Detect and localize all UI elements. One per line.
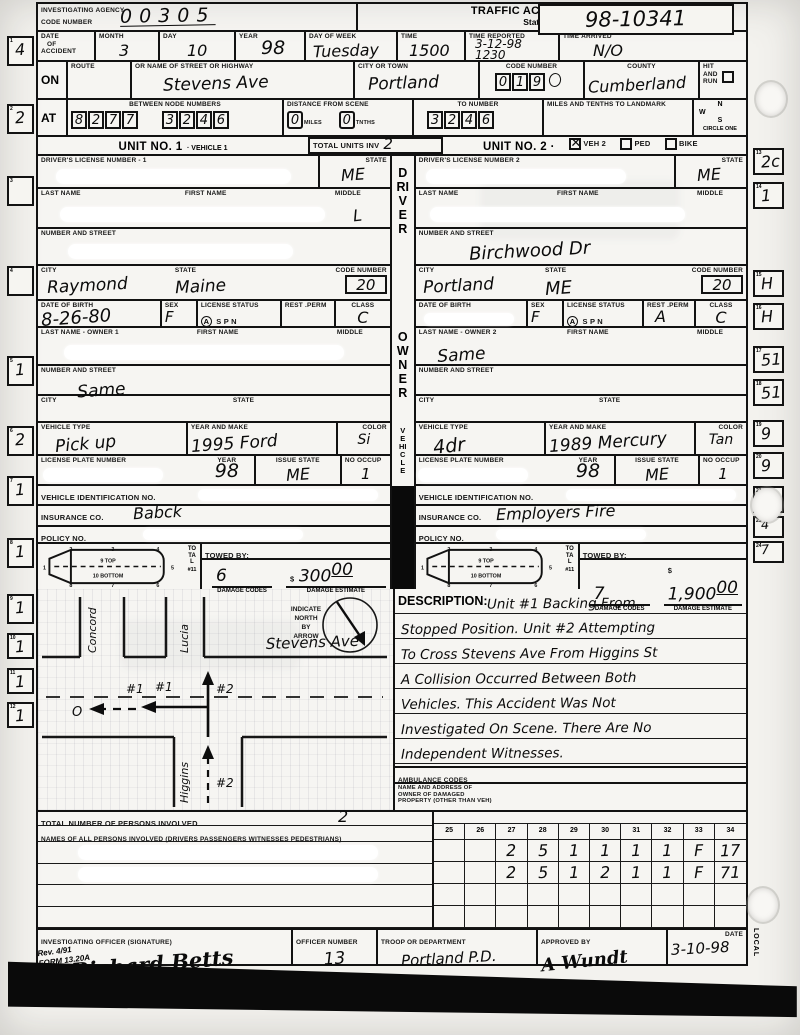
rest-perm-label: REST .PERM <box>285 302 331 310</box>
unit1-license-row: DRIVER'S LICENSE NUMBER - 1 STATE ME <box>38 156 390 189</box>
unit2-header: UNIT NO. 2 · ✕VEH 2 PED BIKE <box>443 137 746 155</box>
total-units-value: 2 <box>383 135 393 153</box>
month-cell: MONTH 3 <box>96 32 160 60</box>
street-name-stevens: Stevens Ave <box>266 632 360 653</box>
footer-date-value: 3-10-98 <box>671 937 744 959</box>
car-position-6: 6 <box>156 583 159 588</box>
car-position-3: 3 <box>111 547 114 553</box>
hole-punch <box>756 82 786 116</box>
persons-involved-section: TOTAL NUMBER OF PERSONS INVOLVED 2 NAMES… <box>38 812 746 930</box>
unit1-car-diagram-cell: 1 2 3 4 5 6 7 8 9 TOP 10 BOTTOM <box>38 544 184 589</box>
description-text: A Collision Occurred Between Both <box>401 670 637 688</box>
plate-label: LICENSE PLATE NUMBER <box>41 457 197 465</box>
unit1-plate-cell: LICENSE PLATE NUMBER <box>38 456 200 484</box>
unit2-state-value: ME <box>544 271 659 300</box>
margin-box-left-10: 101 <box>7 633 34 659</box>
unit2-name-cell: LAST NAME FIRST NAME MIDDLE <box>416 189 746 227</box>
dl1-label: DRIVER'S LICENSE NUMBER - 1 <box>41 157 315 165</box>
description-text: Vehicles. This Accident Was Not <box>401 695 616 713</box>
unit2-damage-row: 1 2 3 4 5 6 7 8 9 TOP 10 BOTTOM <box>416 544 746 589</box>
unit2-year-make-cell: YEAR AND MAKE 1989 Mercury <box>544 423 694 454</box>
officer-number-cell: OFFICER NUMBER 13 <box>293 930 378 964</box>
redaction-blob <box>566 489 736 501</box>
description-line: Vehicles. This Accident Was Not <box>395 689 746 714</box>
unit1-towed-cell: TOWED BY: 6 DAMAGE CODES $ 30000 DAMAGE … <box>200 544 390 589</box>
day-of-week-value: Tuesday <box>309 39 394 61</box>
unit1-color-cell: COLOR Si <box>336 423 390 454</box>
impact-point-circle: O <box>72 705 82 720</box>
unit2-dob-row: DATE OF BIRTH SEX F LICENSE STATUS A S P… <box>416 301 746 328</box>
unit1-color-value: Si <box>341 432 387 448</box>
unit1-owner-street-cell: NUMBER AND STREET Same <box>38 366 390 394</box>
margin-box-left-8: 81 <box>7 538 34 568</box>
city-town-cell: CITY OR TOWN Portland <box>355 62 480 98</box>
unit1-street-row: NUMBER AND STREET <box>38 229 390 266</box>
redaction-blob <box>43 468 163 482</box>
unit2-license-status-cell: LICENSE STATUS A S P N <box>562 301 642 326</box>
compass-cell: N W S CIRCLE ONE <box>694 100 746 135</box>
unit1-vehicle-row: VEHICLE TYPE Pick up YEAR AND MAKE 1995 … <box>38 423 390 456</box>
person-code-value: F <box>694 841 704 860</box>
unit1-sex-cell: SEX F <box>160 301 196 326</box>
redaction-blob <box>418 468 528 482</box>
vehicle-vertical-label: VEHICLE <box>398 423 407 486</box>
form-header-row: INVESTIGATING AGENCY CODE NUMBER 00305 T… <box>38 4 746 32</box>
middle-label: MIDDLE <box>337 329 387 337</box>
unit1-issue-state-cell: ISSUE STATE ME <box>254 456 340 484</box>
unit1-plate-year-cell: YEAR 98 <box>200 456 254 484</box>
code-column-header: 26 <box>465 824 496 840</box>
node-digit: 3 <box>166 113 174 128</box>
unit1-street-cell: NUMBER AND STREET <box>38 229 390 264</box>
unit2-dl-state-cell: STATE ME <box>674 156 746 187</box>
unit2-insurance-row: INSURANCE CO. Employers Fire <box>416 506 746 527</box>
person-code-value: F <box>694 863 704 882</box>
unit2-class-value: C <box>699 308 743 327</box>
last-name-label: LAST NAME <box>419 190 557 198</box>
description-line: DESCRIPTION: Unit #1 Backing From <box>395 589 746 614</box>
person-code-value: 17 <box>720 841 741 861</box>
unit-header-row: UNIT NO. 1 · VEHICLE 1 TOTAL UNITS INV 2… <box>38 137 746 156</box>
code-column-header: 29 <box>559 824 590 840</box>
compass-n: N <box>697 101 743 109</box>
unit1-dob-cell: DATE OF BIRTH 8-26-80 <box>38 301 160 326</box>
year-cell: YEAR 98 <box>236 32 306 60</box>
color-label: COLOR <box>341 424 387 432</box>
insurance-label: INSURANCE CO. <box>41 513 104 522</box>
unit2-owner-street-cell: NUMBER AND STREET <box>416 366 746 394</box>
on-street-row: ON ROUTE OR NAME OF STREET OR HIGHWAY St… <box>38 62 746 100</box>
redaction-blob <box>426 169 626 184</box>
day-value: 10 <box>163 41 231 60</box>
car-position-6: 6 <box>534 583 537 588</box>
car-position-8: 8 <box>447 583 450 588</box>
unit1-policy-cell: POLICY NO. <box>38 527 390 542</box>
first-name-label: FIRST NAME <box>197 329 337 337</box>
person-codes-row <box>434 884 746 906</box>
code-column-header: 28 <box>528 824 559 840</box>
margin-box-value: 1 <box>14 672 25 692</box>
unit1-estimate-cents: 00 <box>331 560 353 580</box>
unit1-occup-value: 1 <box>345 465 387 483</box>
officer-number-value: 13 <box>295 946 373 971</box>
ambulance-codes-row: AMBULANCE CODES <box>395 766 746 782</box>
unit2-sex-value: F <box>531 308 559 326</box>
unit2-street-row: NUMBER AND STREET Birchwood Dr <box>416 229 746 266</box>
margin-box-number: 1 <box>10 38 13 44</box>
unit2-code-value: 20 <box>712 276 731 294</box>
unit1-owner-street-row: NUMBER AND STREET Same <box>38 366 390 396</box>
code-column-header: 34 <box>715 824 746 840</box>
unit1-dl-cell: DRIVER'S LICENSE NUMBER - 1 <box>38 156 318 187</box>
damaged-owner-label-line: PROPERTY (OTHER THAN VEH) <box>398 798 743 805</box>
car-bottom-label: 10 BOTTOM <box>470 573 501 579</box>
margin-box-number: 5 <box>10 358 13 364</box>
intersection-sketch: INDICATE NORTH BY ARROW Concord Lucia Hi… <box>38 589 391 808</box>
car-position-1: 1 <box>43 565 46 571</box>
unit2-towed-cell: TOWED BY: 7 DAMAGE CODES $ 1,90000 DAMAG… <box>578 544 746 589</box>
margin-box-left-9: 91 <box>7 594 34 624</box>
date-label: OF <box>41 41 91 49</box>
total-vertical-label: TOTAL #11 <box>184 544 200 589</box>
hole-punch <box>752 488 782 522</box>
unit2-dob-cell: DATE OF BIRTH <box>416 301 526 326</box>
total-word: TOTAL <box>565 546 574 566</box>
unit2-street-cell: NUMBER AND STREET Birchwood Dr <box>416 229 746 264</box>
car-position-3: 3 <box>489 547 492 553</box>
margin-box-value: 9 <box>760 424 771 444</box>
person-code-value: 1 <box>631 841 642 860</box>
unit2-insurance-cell: INSURANCE CO. Employers Fire <box>416 506 746 525</box>
car-position-2: 2 <box>447 547 450 553</box>
hit-run-label: HIT <box>703 63 718 71</box>
unit2-state-cell: STATE ME <box>542 266 662 299</box>
margin-box-value: 1 <box>14 480 25 500</box>
margin-box-right-15: 15H <box>753 270 784 297</box>
car-position-7: 7 <box>489 583 492 588</box>
accident-report-form: INVESTIGATING AGENCY CODE NUMBER 00305 T… <box>36 2 748 966</box>
margin-box-value: 1 <box>14 360 25 380</box>
margin-box-right-24: 247 <box>753 541 784 563</box>
unit1-estimate-value: 300 <box>299 566 331 586</box>
total-word: TOTAL <box>188 546 197 566</box>
unit1-insurance-cell: INSURANCE CO. Babck <box>38 506 390 525</box>
unit2-title: UNIT NO. 2 · <box>483 141 555 153</box>
unit1-plate-year-value: 98 <box>203 460 251 482</box>
person-code-value: 1 <box>662 841 673 860</box>
unit1-path-mark: #1 <box>126 682 144 696</box>
margin-box-value: 51 <box>760 349 782 369</box>
date-row: DATE OF ACCIDENT MONTH 3 DAY 10 YEAR 98 … <box>38 32 746 62</box>
unit1-header: UNIT NO. 1 · VEHICLE 1 <box>38 137 308 155</box>
middle-label: MIDDLE <box>335 190 387 198</box>
grid-spacer <box>434 812 746 824</box>
first-name-label: FIRST NAME <box>557 190 697 198</box>
plate-label: LICENSE PLATE NUMBER <box>419 457 559 465</box>
car-position-7: 7 <box>111 583 114 588</box>
hit-run-checkbox <box>722 71 734 83</box>
time-value: 1500 <box>401 41 461 60</box>
unit1-owner-row: LAST NAME - OWNER 1 FIRST NAME MIDDLE <box>38 328 390 366</box>
status-a-circled: A <box>567 316 578 327</box>
bike-label: BIKE <box>679 140 698 148</box>
dob-label: DATE OF BIRTH <box>419 302 523 310</box>
unit1-subtitle: · VEHICLE 1 <box>187 145 227 152</box>
approved-signature-value: A Wundt <box>540 943 664 977</box>
unit2-occup-value: 1 <box>703 465 743 483</box>
city-town-value: Portland <box>358 70 476 94</box>
dollar-sign: $ <box>668 566 672 575</box>
code-column-header: 32 <box>652 824 683 840</box>
ped-checkbox <box>620 138 632 150</box>
owner2-label: LAST NAME - OWNER 2 <box>419 329 567 337</box>
unit1-policy-row: POLICY NO. <box>38 527 390 544</box>
number-street-label: NUMBER AND STREET <box>41 230 387 238</box>
unit2-owner-state-cell: STATE <box>596 396 746 421</box>
black-divider-block <box>392 486 414 589</box>
time-label: TIME <box>401 33 461 41</box>
time-cell: TIME 1500 <box>398 32 466 60</box>
unit1-rest-perm-cell: REST .PERM <box>280 301 334 326</box>
unit2-plate-row: LICENSE PLATE NUMBER YEAR 98 ISSUE STATE… <box>416 456 746 486</box>
code-column-header: 27 <box>496 824 527 840</box>
landmark-label: MILES AND TENTHS TO LANDMARK <box>547 101 689 109</box>
margin-box-left-1: 14 <box>7 36 34 66</box>
street-cell: OR NAME OF STREET OR HIGHWAY Stevens Ave <box>130 62 355 98</box>
description-text: Unit #1 Backing From <box>487 595 636 612</box>
on-cell: ON <box>38 62 66 98</box>
license-status-label: LICENSE STATUS <box>567 302 639 310</box>
person-codes-row <box>434 906 746 928</box>
compass-w: W <box>697 109 743 117</box>
unit1-state-value: Maine <box>174 271 299 297</box>
total-number: #11 <box>562 567 578 573</box>
day-label: DAY <box>163 33 231 41</box>
towed-by-label: TOWED BY: <box>583 551 627 560</box>
unit1-dl-state-value: ME <box>322 162 387 185</box>
license-status-label: LICENSE STATUS <box>201 302 277 310</box>
department-value: Portland P.D. <box>381 945 534 971</box>
person-code-value: 1 <box>631 863 642 882</box>
at-label: AT <box>41 111 56 125</box>
margin-box-value: 4 <box>14 40 25 60</box>
unit1-dl-state-cell: STATE ME <box>318 156 390 187</box>
person-name-row <box>38 907 432 929</box>
unit1-dob-row: DATE OF BIRTH 8-26-80 SEX F LICENSE STAT… <box>38 301 390 328</box>
margin-box-left-2: 22 <box>7 104 34 134</box>
redaction-blob <box>198 489 378 501</box>
location-code-label: CODE NUMBER <box>483 63 580 71</box>
owner-strip-segment: OWNER <box>392 328 414 423</box>
margin-box-right-16: 16H <box>753 303 784 330</box>
total-units-box: TOTAL UNITS INV 2 <box>308 137 443 154</box>
city-label: CITY <box>419 397 593 405</box>
unit2-color-cell: COLOR Tan <box>694 423 746 454</box>
total-persons-value: 2 <box>338 807 348 826</box>
unit2-dl-cell: DRIVER'S LICENSE NUMBER 2 <box>416 156 674 187</box>
unit2-code-cell: CODE NUMBER 20 <box>662 266 746 299</box>
report-number-value: 98-10341 <box>585 6 687 32</box>
date-of-accident-cell: DATE OF ACCIDENT <box>38 32 96 60</box>
on-label: ON <box>41 73 59 87</box>
unit1-damage-code-value: 6 <box>216 566 227 586</box>
at-nodes-row: AT BETWEEN NODE NUMBERS 8277 3246 DISTAN… <box>38 100 746 137</box>
north-label-line: NORTH <box>294 615 317 622</box>
distance-cell: DISTANCE FROM SCENE 0MILES 0TNTHS <box>284 100 414 135</box>
margin-box-value: 7 <box>760 543 769 559</box>
unit2-city-cell: CITY Portland <box>416 266 542 299</box>
redaction-blob <box>143 529 303 540</box>
damaged-property-owner-row: NAME AND ADDRESS OF OWNER OF DAMAGED PRO… <box>395 782 746 810</box>
person-name-row <box>38 842 432 864</box>
miles-digit: 0 <box>291 113 299 128</box>
no-occup-label: NO OCCUP <box>703 457 743 465</box>
margin-box-right-17: 1751 <box>753 346 784 373</box>
status-spn-label: S P N <box>216 317 236 326</box>
margin-box-value: H <box>760 274 773 294</box>
scanned-accident-report-page: 14 22 3 4 51 62 71 81 91 101 111 121 132… <box>0 0 800 1035</box>
code-digit: 1 <box>516 75 524 90</box>
day-cell: DAY 10 <box>160 32 236 60</box>
description-line: Stopped Position. Unit #2 Attempting <box>395 614 746 639</box>
tenths-digit: 0 <box>343 113 351 128</box>
hit-run-label: RUN <box>703 78 718 86</box>
unit2-plate-year-cell: YEAR 98 <box>562 456 614 484</box>
crash-diagram-box: INDICATE NORTH BY ARROW Concord Lucia Hi… <box>38 589 395 810</box>
node-digit: 7 <box>126 113 134 128</box>
street-name-higgins: Higgins <box>178 762 191 803</box>
margin-box-value: 2 <box>14 108 25 128</box>
unit2-sex-cell: SEX F <box>526 301 562 326</box>
car-position-5: 5 <box>171 565 174 571</box>
diagram-description-section: INDICATE NORTH BY ARROW Concord Lucia Hi… <box>38 589 746 812</box>
unit2-insurance-value: Employers Fire <box>495 501 615 524</box>
node-digit: 4 <box>200 113 208 128</box>
description-text: To Cross Stevens Ave From Higgins St <box>401 645 658 663</box>
redaction-blob <box>56 169 291 184</box>
officer-number-label: OFFICER NUMBER <box>296 939 358 946</box>
to-number-digit: 3 <box>431 113 439 128</box>
compass-s: S <box>697 117 743 125</box>
unit2-car-diagram-cell: 1 2 3 4 5 6 7 8 9 TOP 10 BOTTOM <box>416 544 562 589</box>
node-numbers-label: BETWEEN NODE NUMBERS <box>71 101 279 109</box>
person-code-value: 1 <box>600 841 611 860</box>
department-cell: TROOP OR DEPARTMENT Portland P.D. <box>378 930 538 964</box>
description-text: Stopped Position. Unit #2 Attempting <box>401 620 655 638</box>
vehicle-strip-segment: VEHICLE <box>392 423 414 486</box>
unit1-code-value: 20 <box>356 276 375 294</box>
unit2-owner-row: LAST NAME - OWNER 2 FIRST NAME MIDDLE Sa… <box>416 328 746 366</box>
redaction-blob <box>78 845 378 860</box>
status-a-circled: A <box>201 316 212 327</box>
margin-box-value: H <box>760 307 773 327</box>
north-label-line: BY <box>301 624 311 631</box>
agency-code-value: 00305 <box>120 4 216 28</box>
description-box: DESCRIPTION: Unit #1 Backing From Stoppe… <box>395 589 746 810</box>
unit1-class-cell: CLASS C <box>334 301 390 326</box>
unit2-city-value: Portland <box>418 271 539 297</box>
first-name-label: FIRST NAME <box>185 190 335 198</box>
person-name-row <box>38 864 432 886</box>
unit2-owner-city-row: CITY STATE <box>416 396 746 423</box>
total-vertical-label: TOTAL #11 <box>562 544 578 589</box>
owner1-label: LAST NAME - OWNER 1 <box>41 329 197 337</box>
department-label: TROOP OR DEPARTMENT <box>381 939 466 946</box>
persons-code-grid: 25 26 27 28 29 30 31 32 33 34 2 5 1 <box>434 812 746 928</box>
names-header-row: NAMES OF ALL PERSONS INVOLVED (DRIVERS P… <box>38 826 432 842</box>
unit1-owner-city-cell: CITY <box>38 396 230 421</box>
center-divider-strip: DRIVER OWNER VEHICLE <box>390 156 416 589</box>
route-cell: ROUTE <box>66 62 130 98</box>
description-line: To Cross Stevens Ave From Higgins St <box>395 639 746 664</box>
unit2-path-mark: #2 <box>216 776 234 790</box>
redaction-blob <box>424 313 514 325</box>
dollar-sign: $ <box>290 574 294 583</box>
time-arrived-value: N/O <box>563 41 743 60</box>
insurance-label: INSURANCE CO. <box>419 513 482 522</box>
margin-box-left-4: 4 <box>7 266 34 296</box>
street-name-concord: Concord <box>86 606 99 653</box>
margin-box-number: 9 <box>10 596 13 602</box>
code-number-label: CODE NUMBER <box>305 267 387 275</box>
person-code-value: 5 <box>537 863 548 882</box>
node-digit: 2 <box>92 113 100 128</box>
unit2-issue-state-cell: ISSUE STATE ME <box>614 456 698 484</box>
policy-label: POLICY NO. <box>419 534 464 543</box>
unit1-license-status-cell: LICENSE STATUS A S P N <box>196 301 280 326</box>
car-bottom-label: 10 BOTTOM <box>93 573 124 579</box>
margin-box-left-7: 71 <box>7 476 34 506</box>
unit1-damage-row: 1 2 3 4 5 6 7 8 9 TOP 10 BOTTOM <box>38 544 390 589</box>
day-of-week-cell: DAY OF WEEK Tuesday <box>306 32 398 60</box>
route-label: ROUTE <box>71 63 127 71</box>
redaction-blob <box>64 345 344 360</box>
code-digit: 9 <box>533 75 541 90</box>
total-number: #11 <box>184 567 200 573</box>
code-column-header: 33 <box>684 824 715 840</box>
unit1-path-mark: #1 <box>155 680 173 694</box>
approved-by-cell: APPROVED BY A Wundt <box>538 930 668 964</box>
landmark-cell: MILES AND TENTHS TO LANDMARK <box>544 100 694 135</box>
unit2-owner-cell: LAST NAME - OWNER 2 FIRST NAME MIDDLE Sa… <box>416 328 746 364</box>
ped-label: PED <box>634 140 650 148</box>
unit2-policy-row: POLICY NO. <box>416 527 746 544</box>
to-number-label: TO NUMBER <box>417 101 539 109</box>
unit2-column: DRIVER'S LICENSE NUMBER 2 STATE ME LAST … <box>416 156 746 589</box>
unit1-owner-cell: LAST NAME - OWNER 1 FIRST NAME MIDDLE <box>38 328 390 364</box>
unit1-state-cell: STATE Maine <box>172 266 302 299</box>
date-label: ACCIDENT <box>41 48 91 56</box>
car-position-5: 5 <box>549 565 552 571</box>
code-column-header: 30 <box>590 824 621 840</box>
city-town-label: CITY OR TOWN <box>358 63 475 71</box>
owner-vertical-label: OWNER <box>395 328 410 423</box>
description-label: DESCRIPTION: <box>398 594 488 608</box>
county-cell: COUNTY Cumberland <box>585 62 700 98</box>
margin-box-number: 2 <box>10 106 13 112</box>
person-code-value: 5 <box>537 841 548 860</box>
no-occup-label: NO OCCUP <box>345 457 387 465</box>
margin-box-right-18: 1851 <box>753 379 784 406</box>
total-units-label: TOTAL UNITS INV <box>313 142 379 150</box>
redaction-blob <box>68 244 293 259</box>
person-code-value: 1 <box>662 863 673 882</box>
unit2-vehicle-row: VEHICLE TYPE 4dr YEAR AND MAKE 1989 Merc… <box>416 423 746 456</box>
person-code-value: 2 <box>600 863 611 882</box>
unit1-vin-row: VEHICLE IDENTIFICATION NO. <box>38 486 390 506</box>
total-persons-row: TOTAL NUMBER OF PERSONS INVOLVED 2 <box>38 812 432 826</box>
bike-checkbox <box>665 138 677 150</box>
